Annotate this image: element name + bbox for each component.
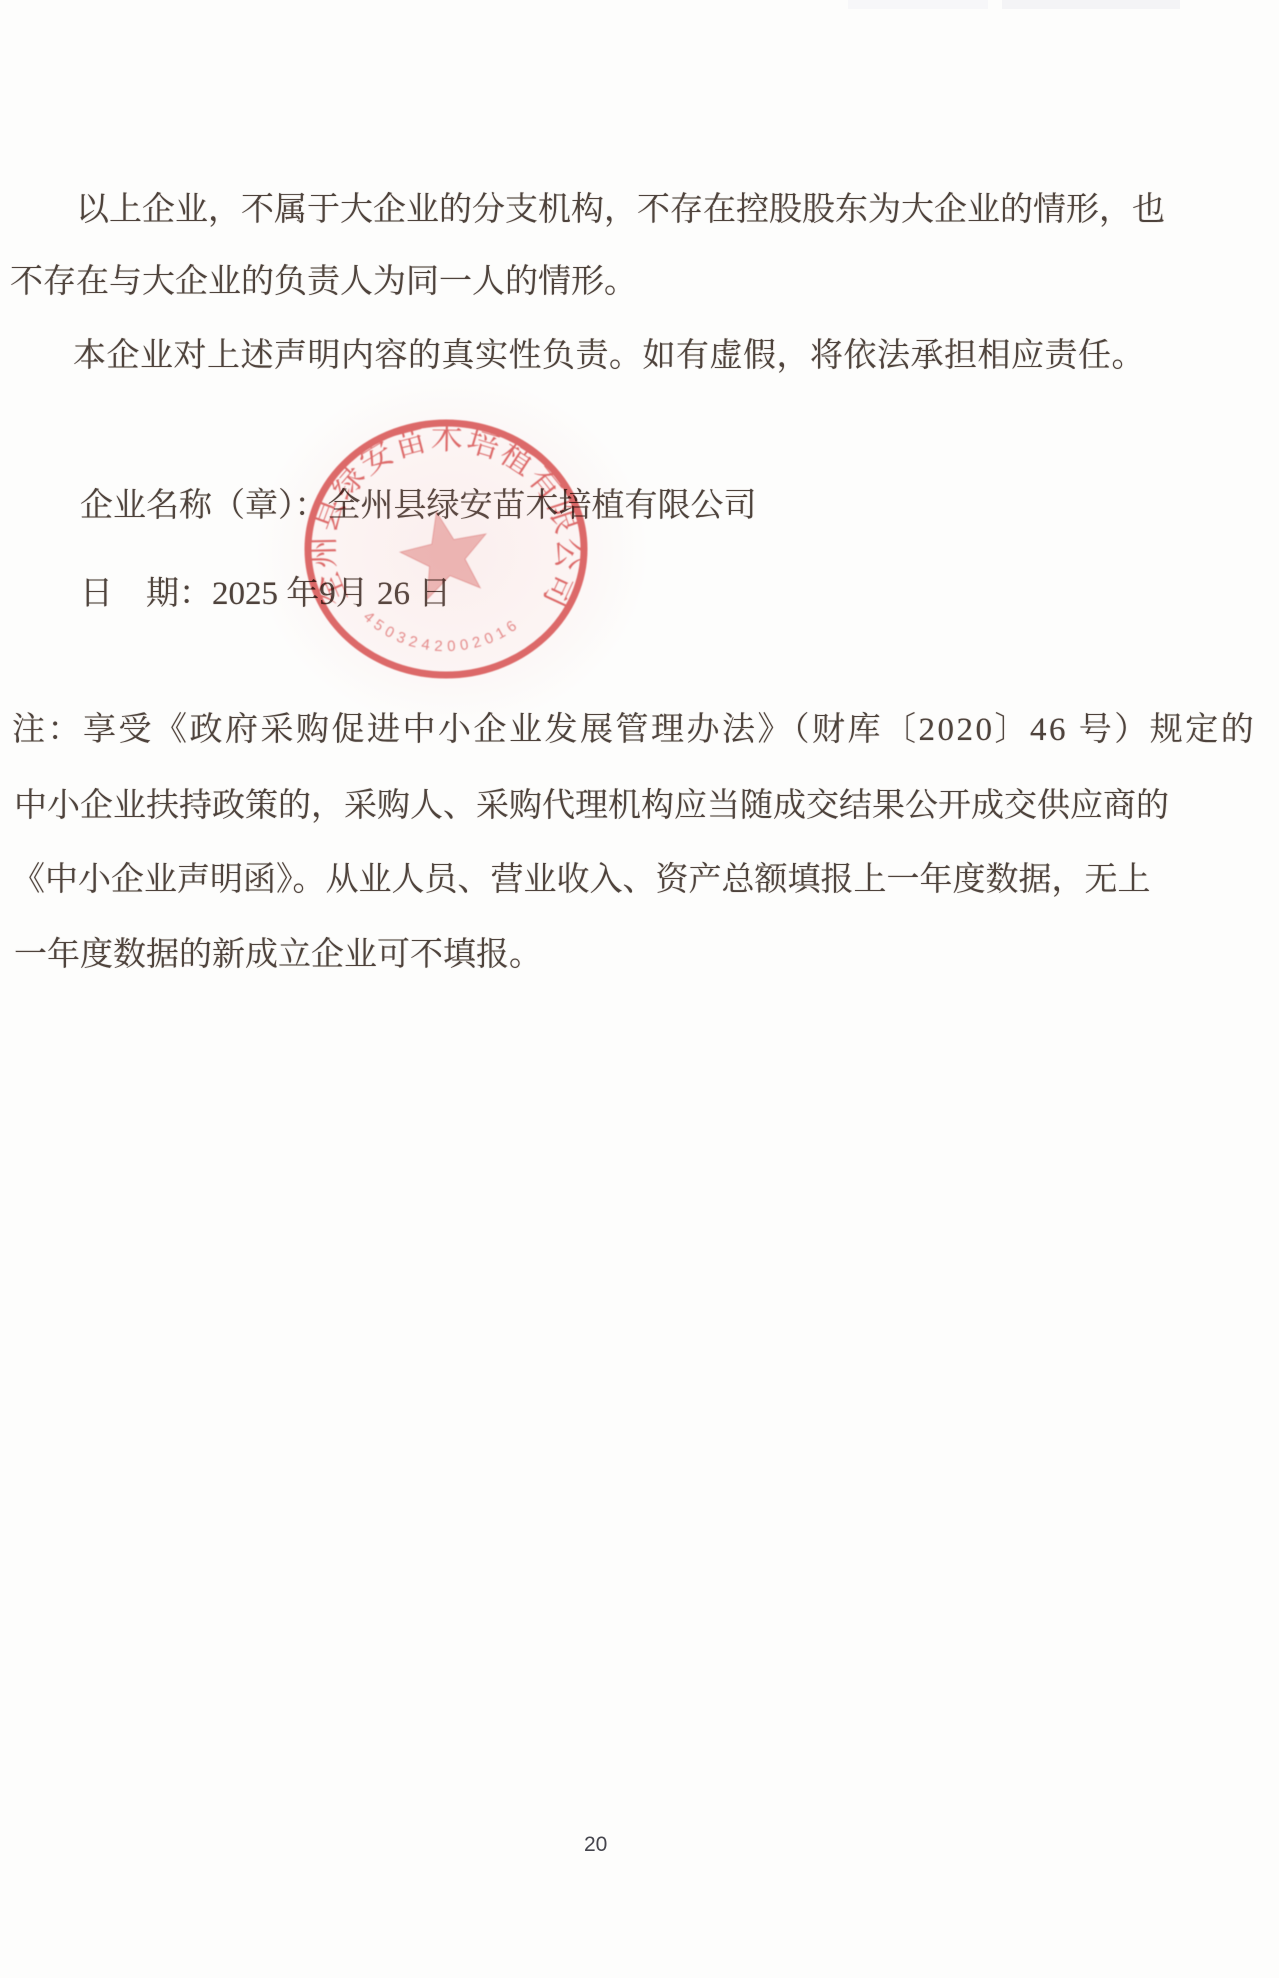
note-line4: 一年度数据的新成立企业可不填报。	[14, 935, 542, 976]
note-line2: 中小企业扶持政策的，采购人、采购代理机构应当随成交结果公开成交供应商的	[14, 786, 1169, 827]
company-name-label: 企业名称（章）：	[80, 488, 328, 524]
note-line3: 《中小企业声明函》。从业人员、营业收入、资产总额填报上一年度数据，无上	[12, 860, 1151, 901]
document-page: 以上企业，不属于大企业的分支机构，不存在控股股东为大企业的情形，也 不存在与大企…	[0, 0, 1279, 1978]
company-seal: 全州县绿安苗木培植有限公司 4503242002016	[296, 409, 596, 689]
page-number: 20	[584, 1833, 607, 1857]
note-line1: 注：享受《政府采购促进中小企业发展管理办法》（财库〔2020〕46 号）规定的	[12, 710, 1256, 751]
declaration-paragraph1-line1: 以上企业，不属于大企业的分支机构，不存在控股股东为大企业的情形，也	[76, 190, 1165, 231]
scan-artifact-strip	[1002, 0, 1180, 9]
scan-artifact-strip	[848, 0, 988, 9]
declaration-paragraph2: 本企业对上述声明内容的真实性负责。如有虚假，将依法承担相应责任。	[73, 336, 1145, 377]
date-label: 日 期：	[80, 576, 212, 612]
declaration-paragraph1-line2: 不存在与大企业的负责人为同一人的情形。	[10, 262, 637, 303]
